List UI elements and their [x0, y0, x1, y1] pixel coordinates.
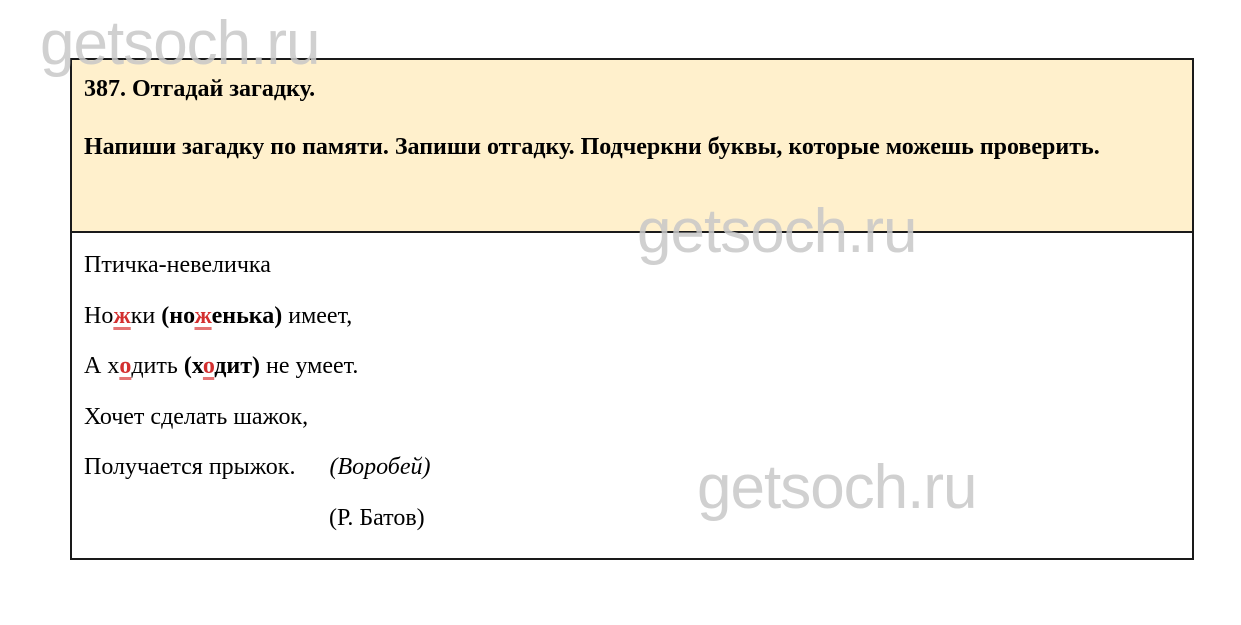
text: ки [131, 303, 162, 329]
text: дит) [214, 353, 260, 379]
text: енька) [212, 303, 283, 329]
riddle-answer: (Воробей) [329, 454, 430, 480]
text: А х [84, 353, 119, 379]
exercise-card: 387. Отгадай загадку. Напиши загадку по … [70, 58, 1194, 560]
text: Но [84, 303, 113, 329]
riddle-line-4: Хочет сделать шажок, [84, 400, 431, 451]
highlighted-letter: ж [195, 303, 212, 329]
text: дить [131, 353, 184, 379]
text: (но [161, 303, 194, 329]
text: (х [184, 353, 203, 379]
riddle-line-1: Птичка-невеличка [84, 248, 431, 299]
highlighted-letter: о [203, 353, 214, 379]
riddle-line-2: Ножки (ноженька) имеет, [84, 299, 431, 350]
highlighted-letter: о [119, 353, 131, 379]
check-word: (ходит) [184, 353, 260, 379]
riddle-line-3: А ходить (ходит) не умеет. [84, 349, 431, 400]
text: имеет, [282, 303, 352, 329]
answer-body: Птичка-невеличка Ножки (ноженька) имеет,… [84, 248, 431, 551]
text: не умеет. [260, 353, 358, 379]
task-title: 387. Отгадай загадку. [84, 76, 315, 103]
text: Получается прыжок. [84, 454, 295, 480]
task-header: 387. Отгадай загадку. Напиши загадку по … [72, 60, 1192, 233]
check-word: (ноженька) [161, 303, 282, 329]
highlighted-letter: ж [113, 303, 130, 329]
riddle-line-5: Получается прыжок.(Воробей) [84, 450, 431, 501]
riddle-author: (Р. Батов) [84, 501, 431, 552]
task-instructions: Напиши загадку по памяти. Запиши отгадку… [84, 122, 1180, 172]
